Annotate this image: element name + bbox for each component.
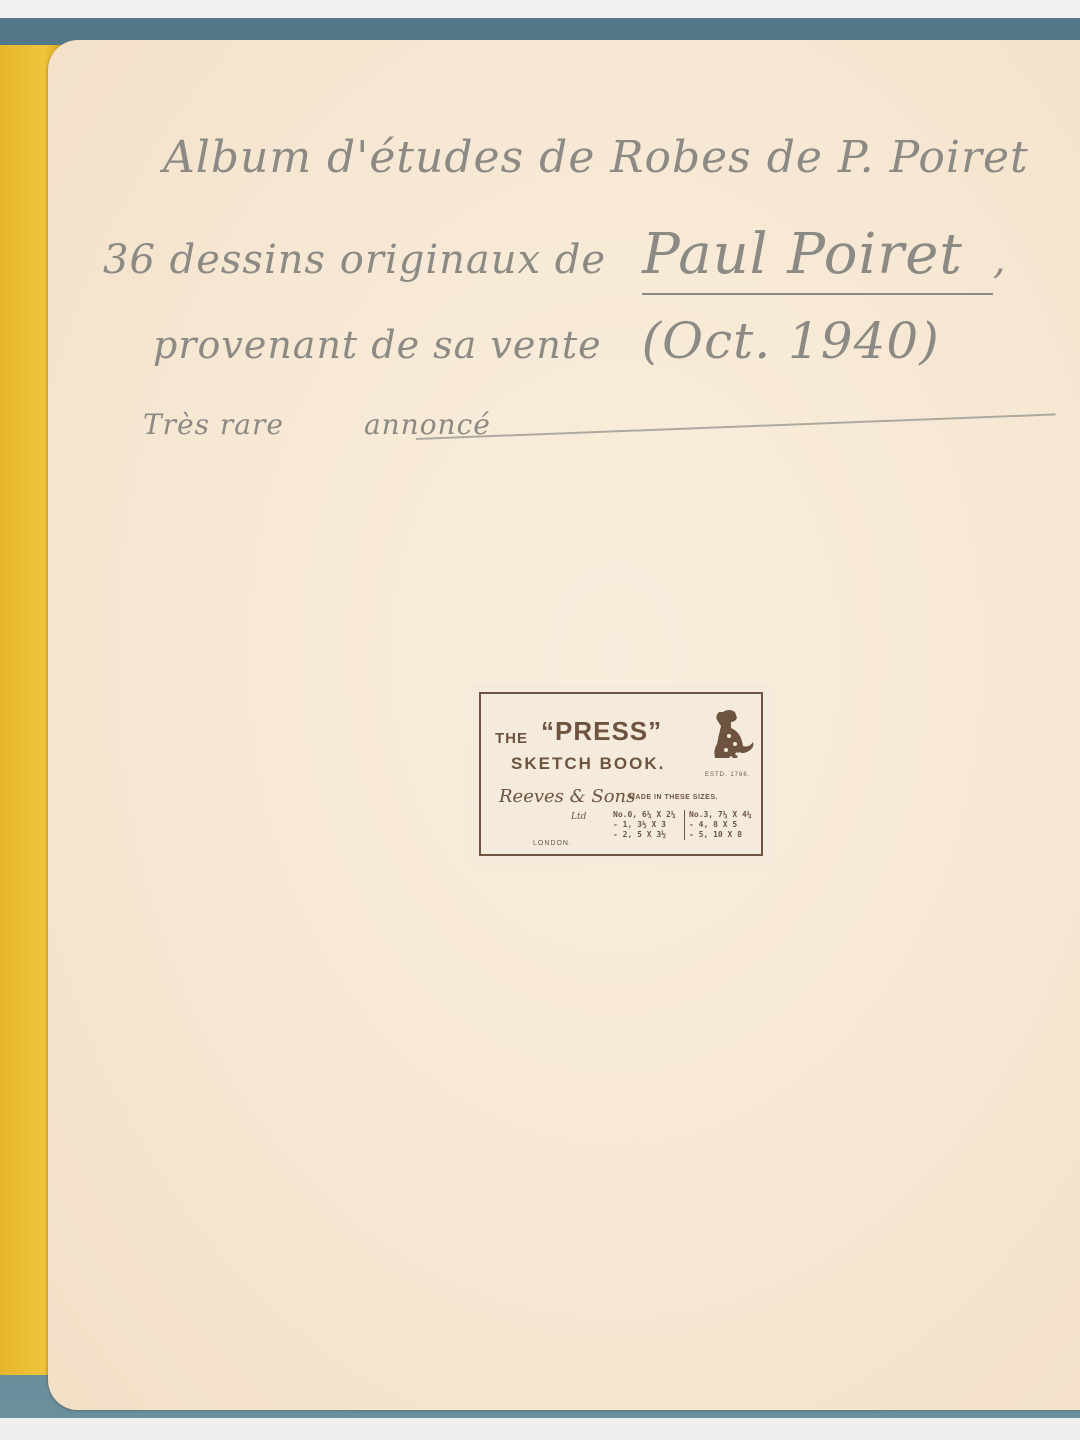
- inscription-designer-name: Paul Poiret: [642, 222, 993, 295]
- sketchbook-page: Album d'études de Robes de P. Poiret 36 …: [48, 40, 1080, 1410]
- label-sizes-left: No.0, 6¼ X 2¼ - 1, 3½ X 3 - 2, 5 X 3½: [613, 810, 676, 840]
- size-row: - 4, 8 X 5: [689, 820, 752, 830]
- label-the: THE: [495, 730, 528, 747]
- label-press: “PRESS”: [541, 716, 662, 747]
- size-row: No.3, 7¼ X 4¼: [689, 810, 752, 820]
- label-city: LONDON.: [533, 840, 572, 847]
- inscription-line-1: Album d'études de Robes de P. Poiret: [163, 132, 1029, 183]
- dalmatian-dog-icon: [709, 708, 757, 766]
- size-row: - 2, 5 X 3½: [613, 830, 676, 840]
- label-border: THE “PRESS” SKETCH BOOK. ESTD. 1766. Ree…: [479, 692, 763, 856]
- label-sketch-book: SKETCH BOOK.: [511, 754, 665, 774]
- size-row: - 5, 10 X 8: [689, 830, 752, 840]
- inscription-count: 36 dessins originaux de: [103, 237, 606, 283]
- size-row: - 1, 3½ X 3: [613, 820, 676, 830]
- label-made-in-sizes: MADE IN THESE SIZES.: [629, 794, 718, 801]
- label-established: ESTD. 1766.: [705, 772, 750, 778]
- label-ltd: Ltd: [571, 812, 586, 822]
- inscription-line-4: Très rareannoncé: [143, 408, 491, 441]
- inscription-date: (Oct. 1940): [642, 312, 940, 370]
- size-row: No.0, 6¼ X 2¼: [613, 810, 676, 820]
- inscription-provenance: provenant de sa vente: [153, 323, 602, 367]
- background: [0, 0, 1080, 20]
- inscription-line-3: provenant de sa vente(Oct. 1940): [153, 312, 940, 370]
- inscription-line-2: 36 dessins originaux dePaul Poiret,: [103, 222, 1007, 287]
- label-sizes-right: No.3, 7¼ X 4¼ - 4, 8 X 5 - 5, 10 X 8: [689, 810, 752, 840]
- label-maker: Reeves & Sons: [499, 786, 635, 807]
- pencil-underline: [416, 413, 1056, 440]
- sizes-divider: [684, 810, 685, 840]
- sketchbook-label: THE “PRESS” SKETCH BOOK. ESTD. 1766. Ree…: [470, 683, 772, 865]
- inscription-comma: ,: [993, 237, 1007, 283]
- inscription-rarity: Très rare: [143, 408, 284, 441]
